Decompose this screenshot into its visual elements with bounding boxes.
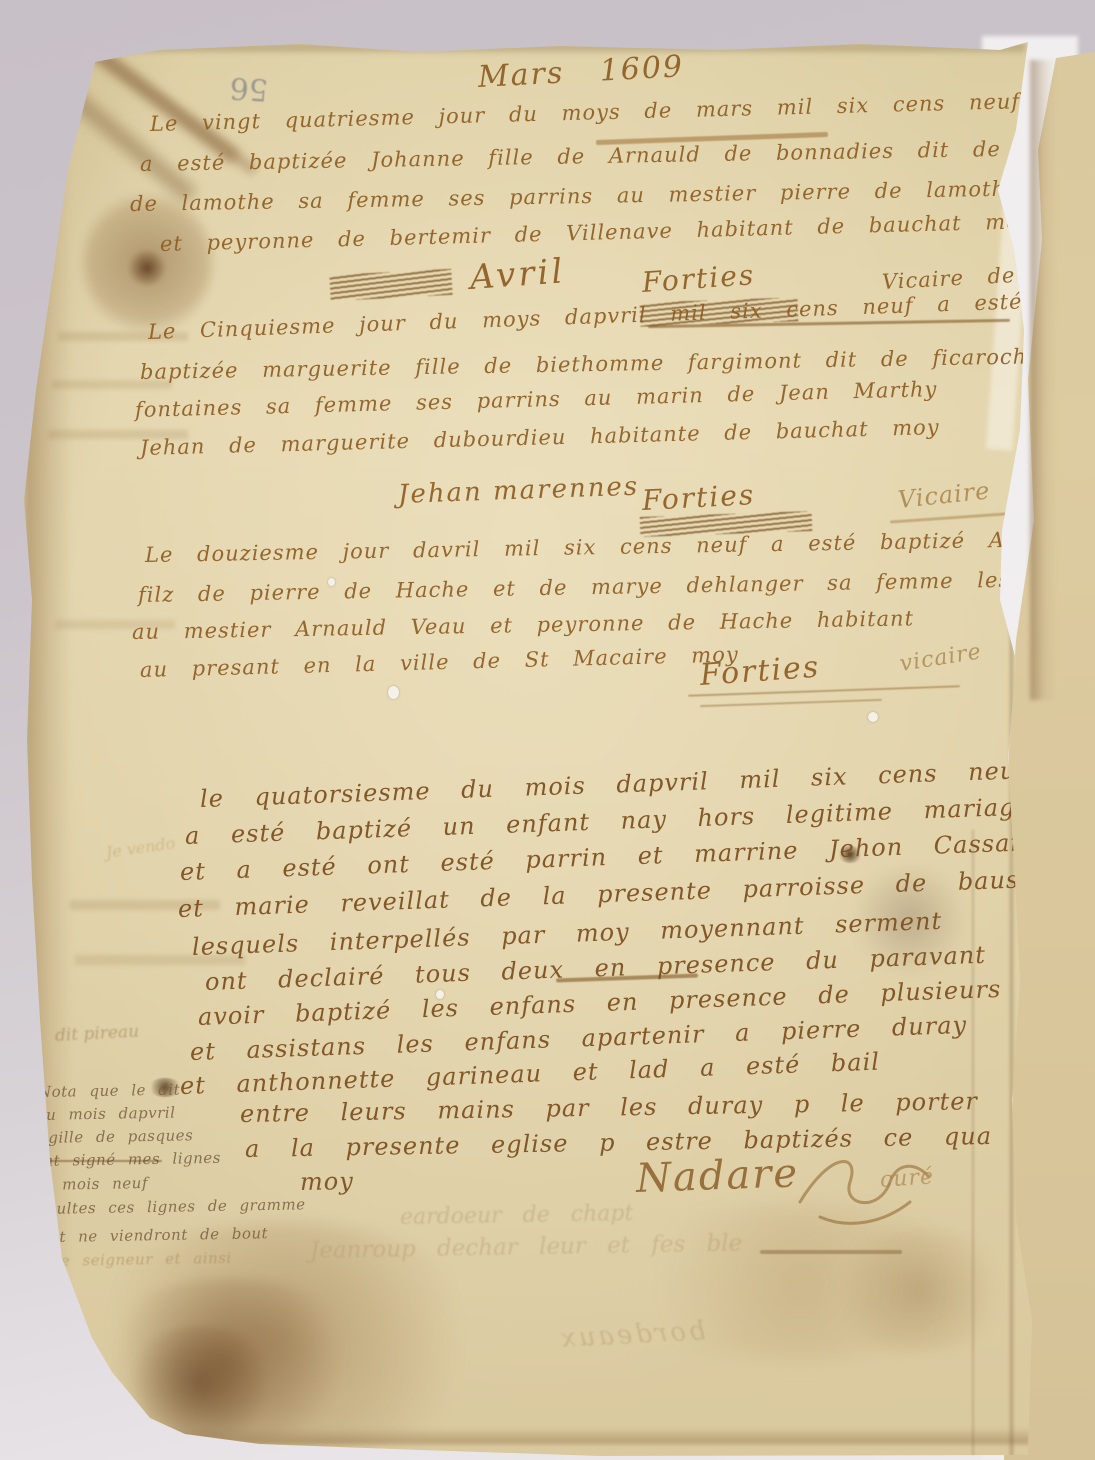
signature-jehan-marennes: Jehan marennes (397, 472, 639, 510)
strike-margin-note-line-4 (36, 1160, 162, 1162)
entry-3-line-2: filz de pierre de Hache et de marye dehl… (138, 566, 1095, 607)
month-heading-avril: Avril (469, 251, 567, 298)
entry-1-line-4: et peyronne de bertemir de Villenave hab… (160, 209, 1033, 256)
month-year-heading: Mars 1609 (477, 49, 685, 95)
entry-4-line-12: moy (300, 1167, 354, 1196)
signature-forties-entry3: Forties (699, 650, 822, 693)
right-leaf-torn-edge-shadow (1030, 60, 1056, 700)
stain-bottom-left-core (120, 1326, 280, 1441)
manuscript-photo: 56 Mars 1609 Le vingt quatriesme jour du… (0, 0, 1095, 1460)
strike-under-forties-entry3-b (700, 699, 882, 707)
signature-title-cure: curé (879, 1164, 935, 1193)
signature-title-vicaire-entry2: Vicaire (897, 476, 992, 514)
stain-bottom-right-core (825, 1228, 1015, 1353)
worm-hole-2 (868, 712, 878, 722)
margin-note-line-1: Nota que le dit (38, 1081, 180, 1101)
entry-3-line-4: au presant en la ville de St Macaire moy (140, 642, 739, 682)
top-edge-shading (95, 42, 1025, 52)
signature-title-vicaire-de: Vicaire de (881, 263, 1016, 294)
entry-3-line-1: Le douziesme jour davril mil six cens ne… (145, 527, 1081, 567)
crossed-out-word-before-avril (329, 269, 452, 301)
manuscript-page: 56 Mars 1609 Le vingt quatriesme jour du… (0, 0, 1095, 1460)
entry-2-line-4: Jehan de marguerite dubourdieu habitante… (140, 415, 940, 460)
margin-note-line-6: voultes ces lignes de gramme (38, 1195, 306, 1218)
margin-note-line-5: et mois neuf (34, 1174, 148, 1194)
underline-vicaire-entry2 (890, 511, 1020, 523)
entry-1-line-1: Le vingt quatriesme jour du moys de mars… (150, 89, 1021, 136)
showthrough-line-3-mirrored: bordeaux (557, 1316, 706, 1354)
page-number-showthrough: 56 (229, 69, 270, 107)
margin-note-line-7: et ne viendront de bout (50, 1224, 268, 1246)
signature-forties-avril: Forties (641, 258, 756, 299)
strike-showthrough-line-2 (760, 1250, 902, 1254)
showthrough-line-1: eardoeur de chapt (400, 1201, 634, 1230)
signature-title-vicaire-entry3: vicaire (898, 639, 983, 677)
entry-1-line-3: de lamothe sa femme ses parrins au mesti… (130, 174, 1095, 216)
showthrough-margin-dit-pireau: dit pireau (54, 1022, 139, 1046)
signature-forties-entry2: Forties (641, 478, 756, 517)
worm-hole-1 (388, 686, 399, 699)
entry-2-line-3: fontaines sa femme ses parrins au marin … (135, 377, 938, 422)
margin-note-line-8: ce seigneur et ainsi (52, 1249, 232, 1270)
signature-nadare: Nadare (635, 1150, 800, 1202)
showthrough-margin-je-vendo: Je vendo (105, 833, 177, 862)
margin-note-line-3: vigille de pasques (34, 1126, 194, 1147)
margin-note-line-2: du mois dapvril (36, 1104, 176, 1124)
entry-3-line-3: au mestier Arnauld Veau et peyronne de H… (132, 606, 914, 644)
entry-2-line-1: Le Cinquiesme jour du moys dapvril mil s… (148, 289, 1023, 344)
